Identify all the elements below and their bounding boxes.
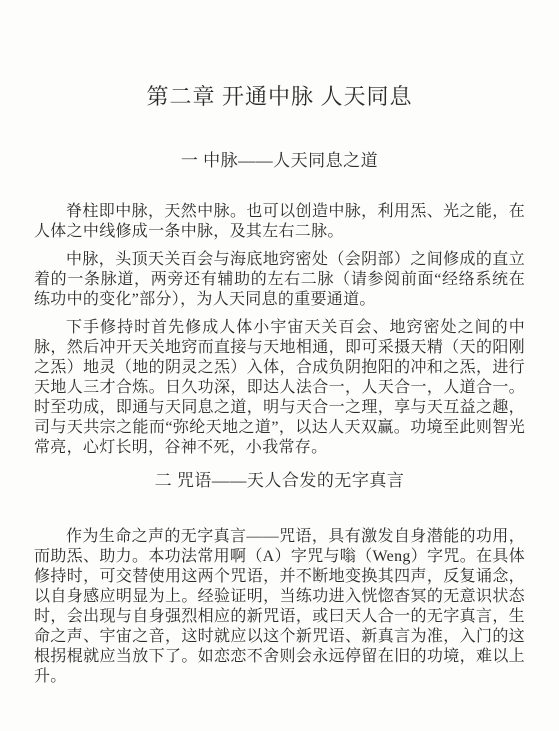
paragraph-zhongmai-channel: 中脉，头顶天关百会与海底地窍密处（会阴部）之间修成的直立着的一条脉道，两旁还有辅… [34, 250, 525, 310]
document-page: 第二章 开通中脉 人天同息 一 中脉——人天同息之道 脊柱即中脉，天然中脉。也可… [0, 0, 559, 731]
section-heading-zhongmai: 一 中脉——人天同息之道 [34, 150, 525, 172]
paragraph-mantra: 作为生命之声的无字真言——咒语，具有激发自身潜能的功用，而助炁、助力。本功法常用… [34, 527, 525, 687]
chapter-title: 第二章 开通中脉 人天同息 [34, 84, 525, 110]
paragraph-practice-method: 下手修持时首先修成人体小宇宙天关百会、地窍密处之间的中脉，然后冲开天关地窍而直接… [34, 318, 525, 458]
section-heading-zhouyu: 二 咒语——天人合发的无字真言 [34, 470, 525, 492]
paragraph-spine-zhongmai: 脊柱即中脉，天然中脉。也可以创造中脉，利用炁、光之能，在人体之中线修成一条中脉，… [34, 202, 525, 242]
